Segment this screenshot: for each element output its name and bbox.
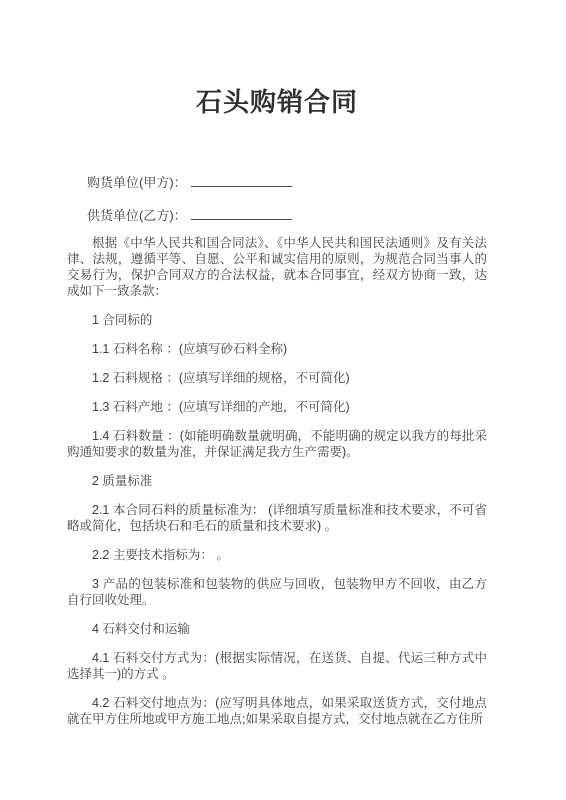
party-seller-label: 供货单位(乙方)：	[87, 208, 187, 223]
party-buyer-line: 购货单位(甲方)：	[87, 174, 487, 191]
party-buyer-label: 购货单位(甲方)：	[87, 175, 187, 190]
clause-2-2: 2.2 主要技术指标为： 。	[67, 547, 487, 563]
clause-3: 3 产品的包装标准和包装物的供应与回收，包装物甲方不回收，由乙方自行回收处理。	[67, 576, 487, 608]
document-title: 石头购销合同	[67, 86, 487, 120]
clause-4-1: 4.1 石料交付方式为：(根据实际情况，在送货、自提、代运三种方式中选择其一)的…	[67, 650, 487, 682]
party-seller-line: 供货单位(乙方)：	[87, 207, 487, 224]
contract-document: 石头购销合同 购货单位(甲方)： 供货单位(乙方)： 根据《中华人民共和国合同法…	[0, 86, 566, 727]
clause-1-heading: 1 合同标的	[67, 312, 487, 328]
clause-4-2: 4.2 石料交付地点为：(应写明具体地点，如果采取送货方式，交付地点就在甲方住所…	[67, 695, 487, 727]
clauses-section: 1 合同标的 1.1 石料名称 ：(应填写砂石料全称) 1.2 石料规格 ：(应…	[67, 312, 487, 727]
clause-1-3: 1.3 石料产地 ：(应填写详细的产地，不可简化)	[67, 399, 487, 415]
party-seller-blank-line	[191, 207, 292, 220]
clause-4-heading: 4 石料交付和运输	[67, 621, 487, 637]
preamble-paragraph: 根据《中华人民共和国合同法》、《中华人民共和国民法通则》及有关法律、法规，遵循平…	[67, 235, 487, 299]
clause-2-1: 2.1 本合同石料的质量标准为： (详细填写质量标准和技术要求，不可省略或简化，…	[67, 502, 487, 534]
parties-section: 购货单位(甲方)： 供货单位(乙方)：	[67, 174, 487, 224]
clause-2-heading: 2 质量标准	[67, 473, 487, 489]
clause-1-2: 1.2 石料规格 ：(应填写详细的规格，不可简化)	[67, 370, 487, 386]
clause-1-1: 1.1 石料名称 ：(应填写砂石料全称)	[67, 341, 487, 357]
clause-1-4: 1.4 石料数量 ：(如能明确数量就明确，不能明确的规定以我方的每批采购通知要求…	[67, 428, 487, 460]
contract-page: 石头购销合同 购货单位(甲方)： 供货单位(乙方)： 根据《中华人民共和国合同法…	[0, 0, 566, 800]
party-buyer-blank-line	[191, 174, 292, 187]
